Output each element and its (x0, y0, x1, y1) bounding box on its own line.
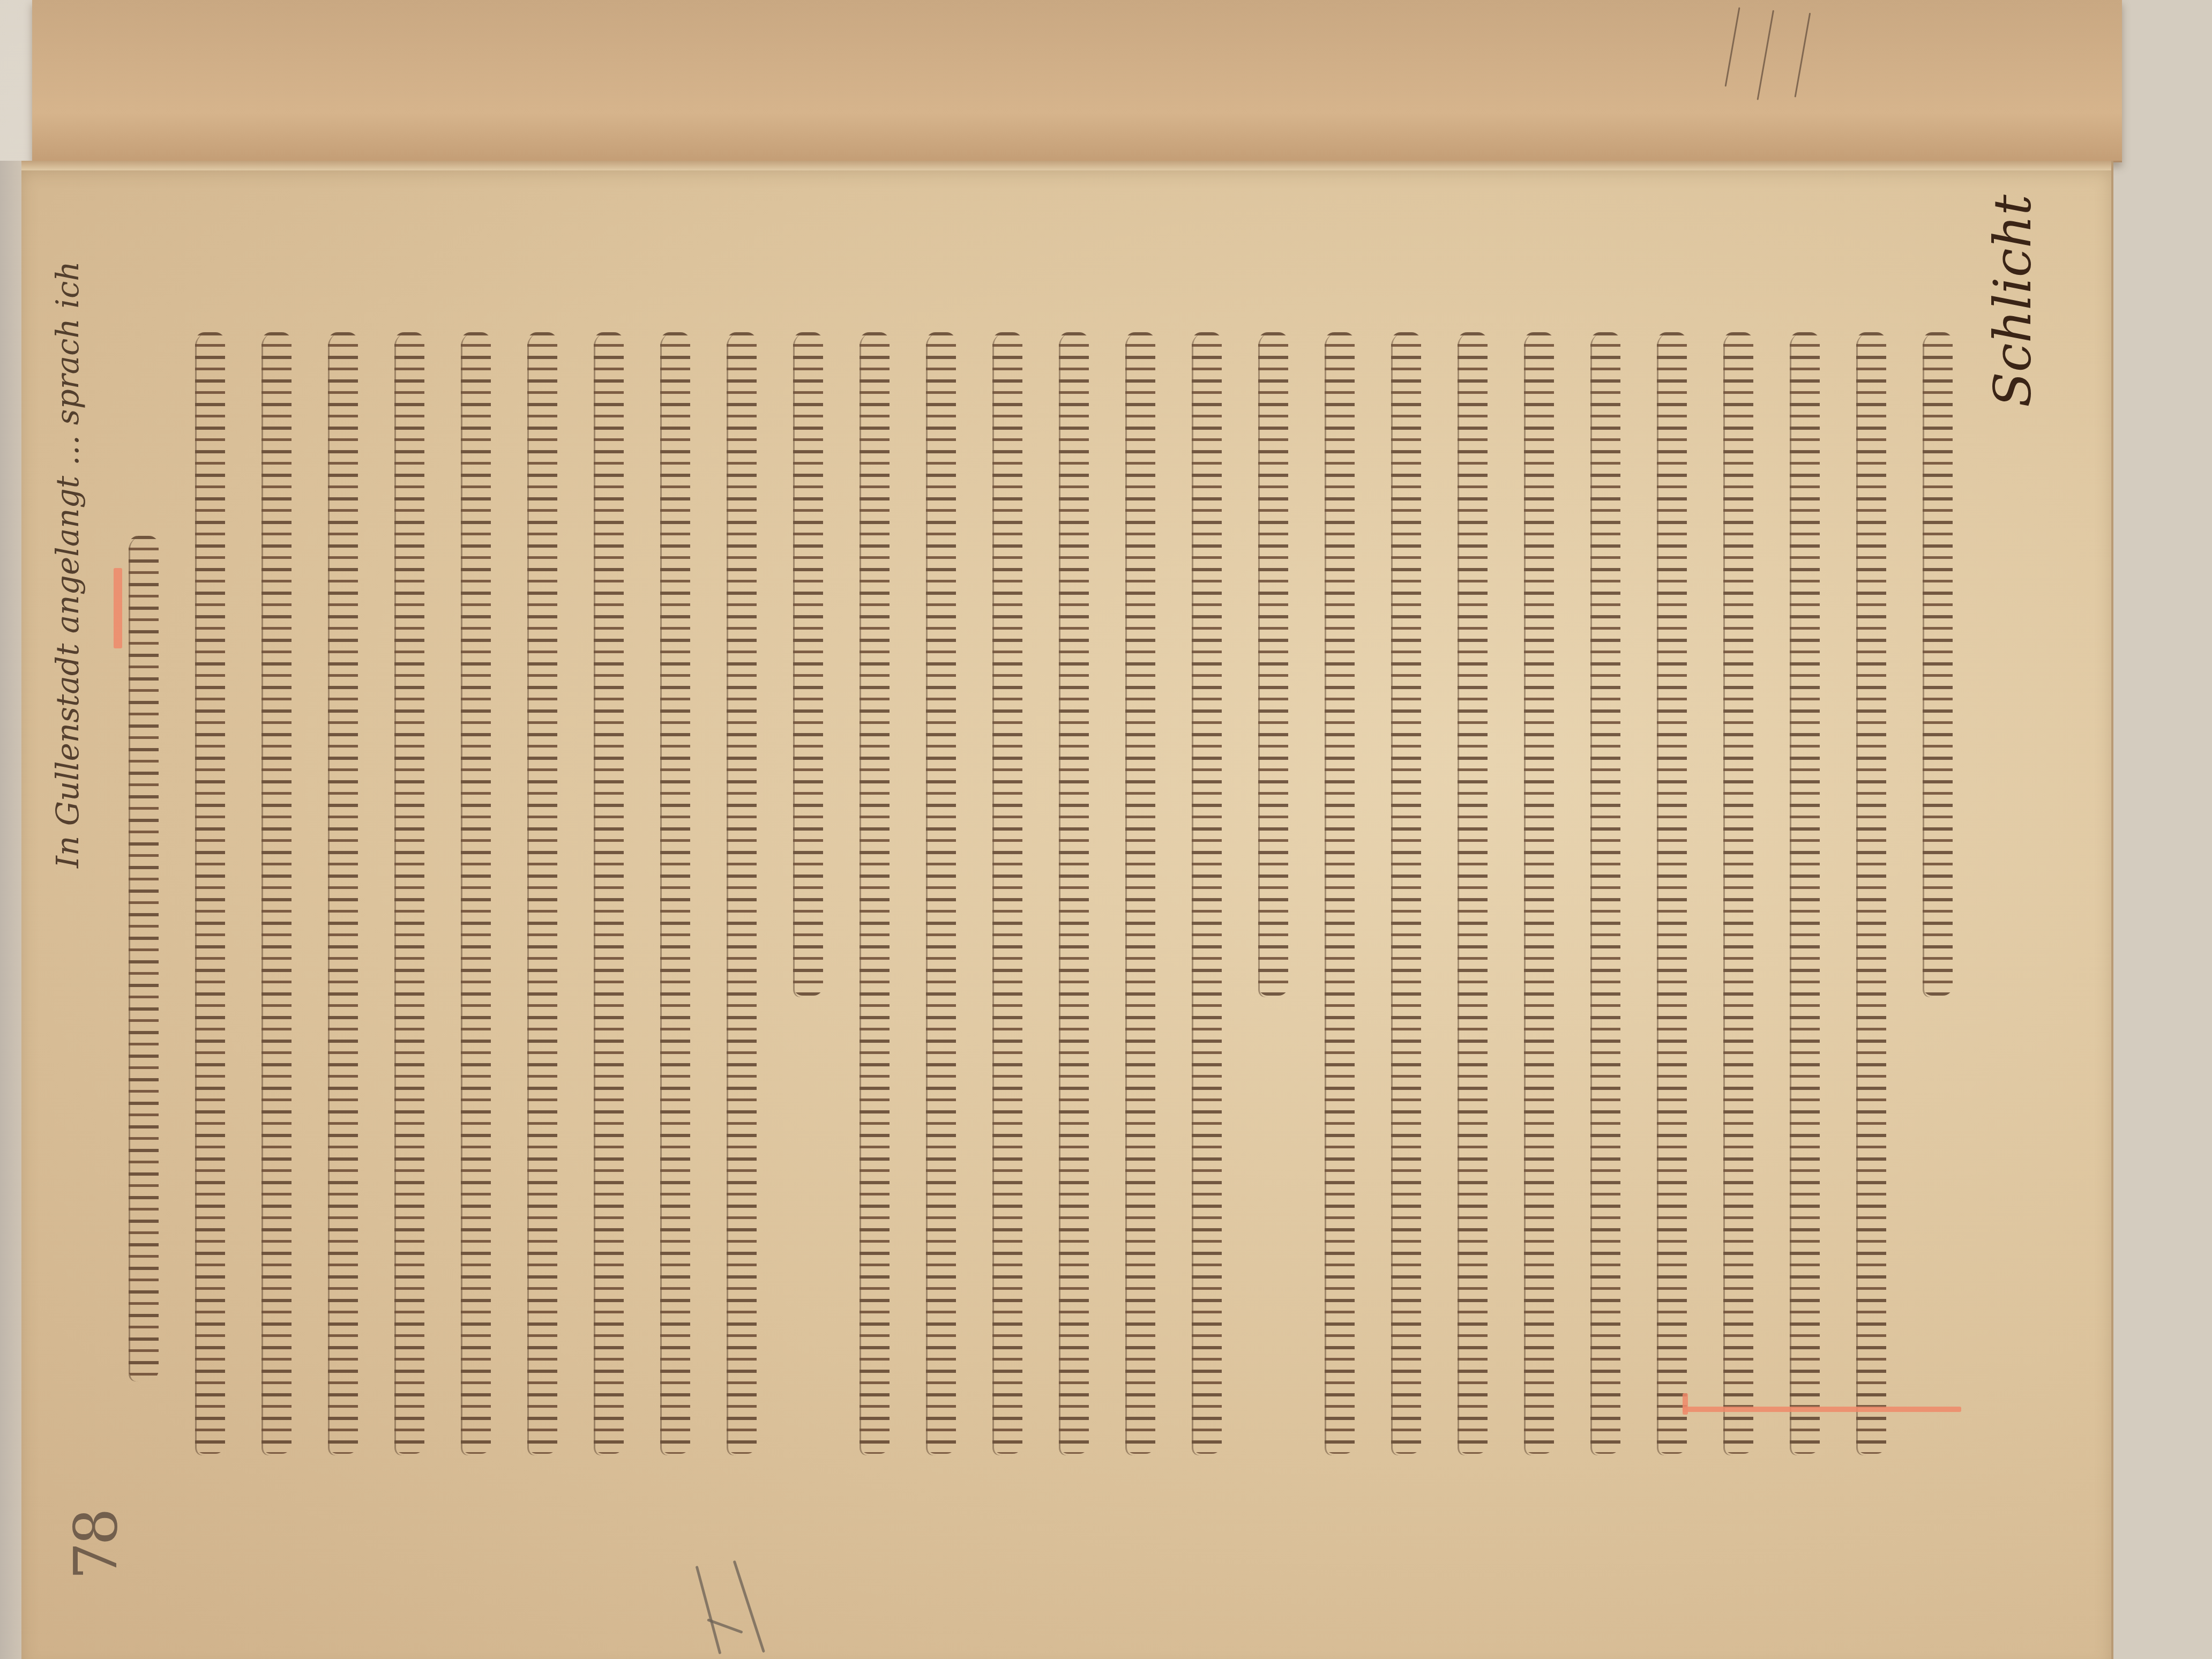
handwritten-body (48, 161, 2031, 1554)
signature: Schlicht (1983, 195, 2043, 407)
heading-line: In Gullenstadt angelangt … sprach ich (49, 261, 86, 868)
page-number: 78 (62, 1511, 130, 1580)
red-bracket-horizontal (1683, 1407, 1961, 1412)
page-edge (0, 161, 23, 1659)
red-underline (114, 568, 122, 648)
red-bracket-vertical (1683, 1393, 1688, 1415)
pencil-scribble (675, 1554, 798, 1656)
facing-page (32, 0, 2122, 162)
facing-page-note (1709, 5, 1827, 107)
